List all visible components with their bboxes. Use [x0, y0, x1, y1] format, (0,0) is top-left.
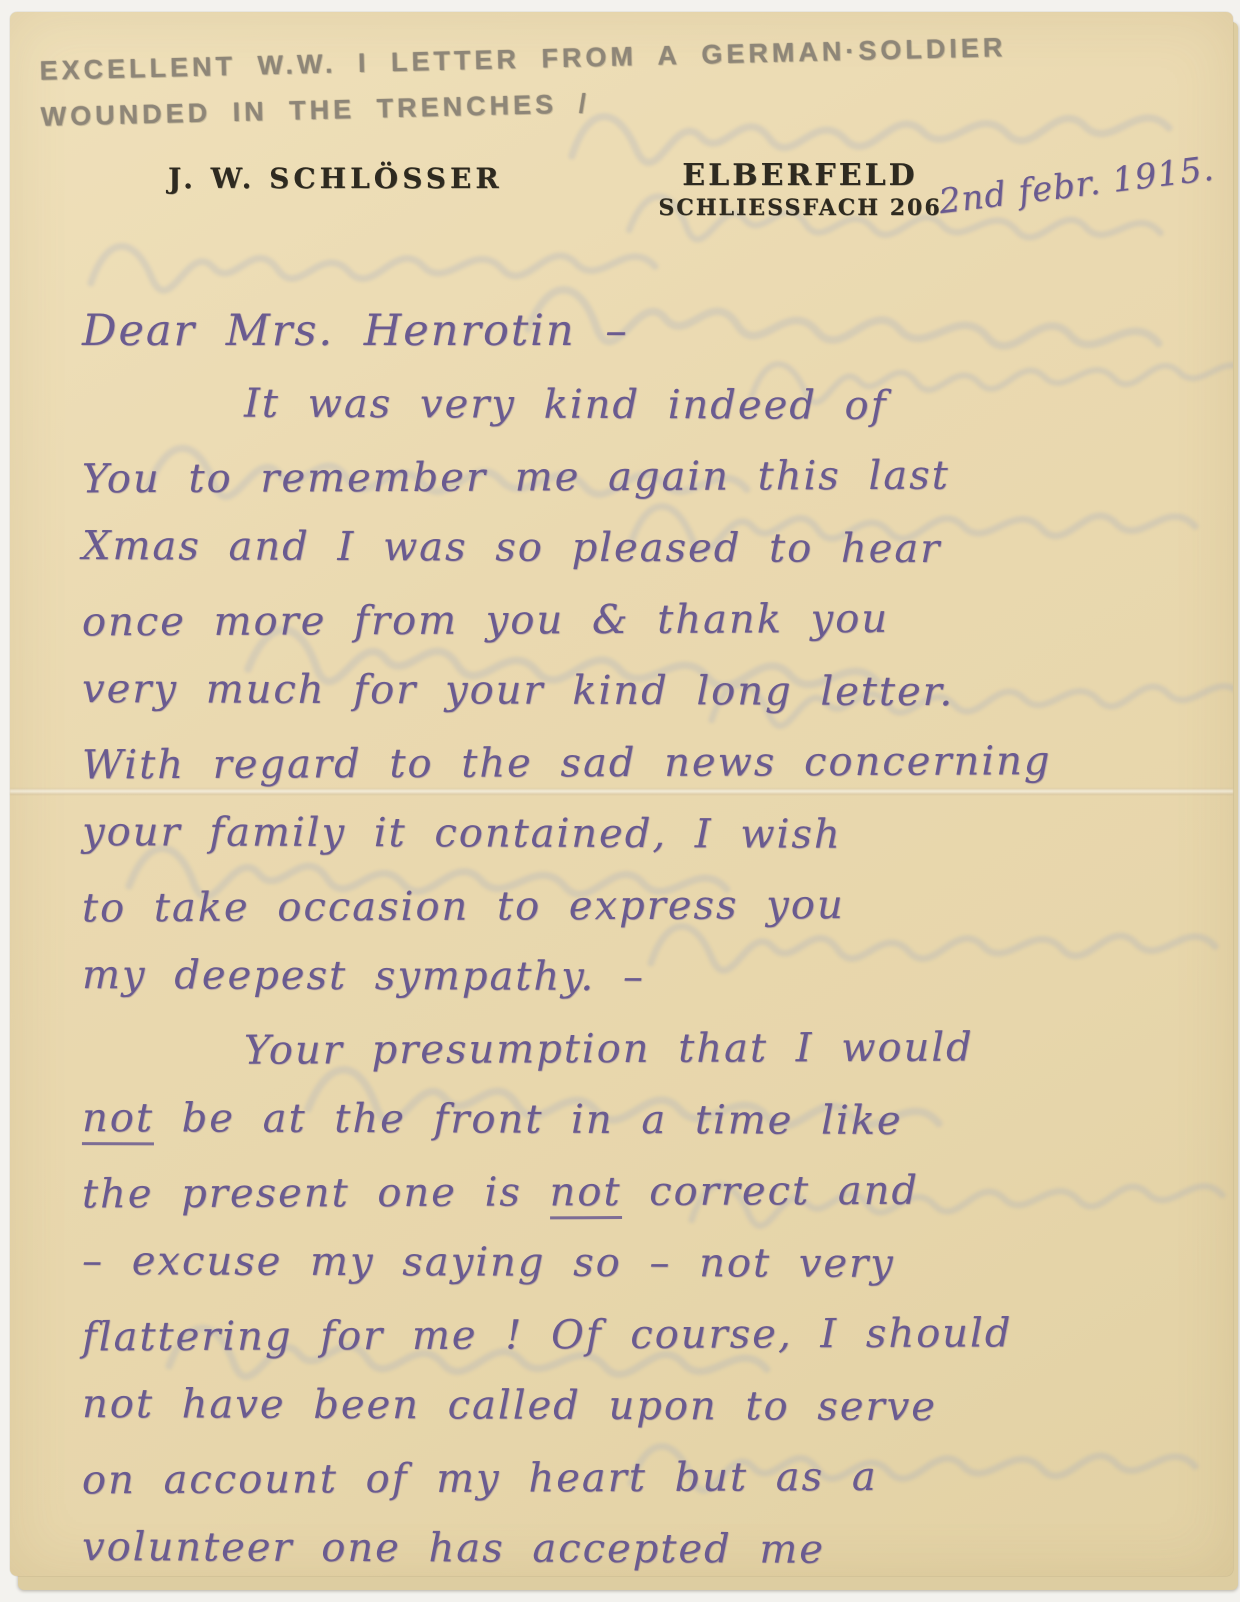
- letter-body: Dear Mrs. Henrotin – It was very kind in…: [82, 306, 1183, 1598]
- line-text: very much for your kind long letter.: [82, 666, 954, 715]
- letter-line: With regard to the sad news concerning: [82, 737, 1183, 813]
- letterhead-pobox: SCHLIESSFACH 206: [650, 195, 950, 221]
- letter-line: very much for your kind long letter.: [82, 666, 1183, 741]
- letter-line: my deepest sympathy. –: [82, 952, 1183, 1027]
- letter-line: Your presumption that I would: [82, 1023, 1183, 1099]
- line-text: flattering for me ! Of course, I should: [82, 1310, 1013, 1360]
- letter-line: to take occasion to express you: [82, 880, 1183, 956]
- line-text: once more from you & thank you: [82, 595, 889, 645]
- line-text: volunteer one has accepted me: [82, 1524, 825, 1573]
- line-text: to take occasion to express you: [82, 882, 845, 931]
- underlined-word: not: [82, 1095, 154, 1145]
- line-text: Your presumption that I would: [244, 1024, 974, 1073]
- letter-line: not be at the front in a time like: [82, 1095, 1183, 1170]
- line-text: my deepest sympathy. –: [82, 952, 645, 1000]
- letterhead-sender: J. W. SCHLÖSSER: [168, 162, 503, 195]
- letter-line: It was very kind indeed of: [82, 380, 1183, 455]
- line-text: You to remember me again this last: [82, 452, 950, 502]
- letter-line: flattering for me ! Of course, I should: [82, 1309, 1183, 1385]
- letter-page: EXCELLENT W.W. I LETTER FROM A GERMAN·SO…: [10, 12, 1233, 1576]
- letter-line: not have been called upon to serve: [82, 1381, 1183, 1456]
- letter-line: – excuse my saying so – not very: [82, 1238, 1183, 1313]
- letter-line: on account of my heart but as a: [82, 1452, 1183, 1528]
- line-text: on account of my heart but as a: [82, 1453, 878, 1502]
- letter-line: the present one is not correct and: [82, 1166, 1183, 1242]
- letter-line: once more from you & thank you: [82, 594, 1183, 670]
- line-text: your family it contained, I wish: [82, 809, 842, 858]
- letter-line: your family it contained, I wish: [82, 809, 1183, 884]
- line-text: With regard to the sad news concerning: [82, 738, 1052, 788]
- letterhead-city: ELBERFELD: [650, 158, 950, 193]
- letter-line: volunteer one has accepted me: [82, 1524, 1183, 1599]
- handwritten-date: 2nd febr. 1915.: [937, 146, 1240, 222]
- letter-line: You to remember me again this last: [82, 451, 1183, 527]
- line-text: the present one is: [82, 1169, 550, 1217]
- line-text: It was very kind indeed of: [244, 381, 888, 429]
- pencil-annotation: EXCELLENT W.W. I LETTER FROM A GERMAN·SO…: [39, 20, 1171, 140]
- line-text: Xmas and I was so pleased to hear: [82, 523, 941, 572]
- letterhead-address: ELBERFELD SCHLIESSFACH 206: [650, 158, 950, 221]
- letter-line: Xmas and I was so pleased to hear: [82, 523, 1183, 598]
- line-text: be at the front in a time like: [154, 1095, 903, 1144]
- underlined-word: not: [549, 1169, 621, 1219]
- line-text: correct and: [621, 1167, 919, 1214]
- line-text: not have been called upon to serve: [82, 1381, 937, 1430]
- salutation: Dear Mrs. Henrotin –: [82, 306, 1183, 382]
- line-text: – excuse my saying so – not very: [82, 1238, 895, 1287]
